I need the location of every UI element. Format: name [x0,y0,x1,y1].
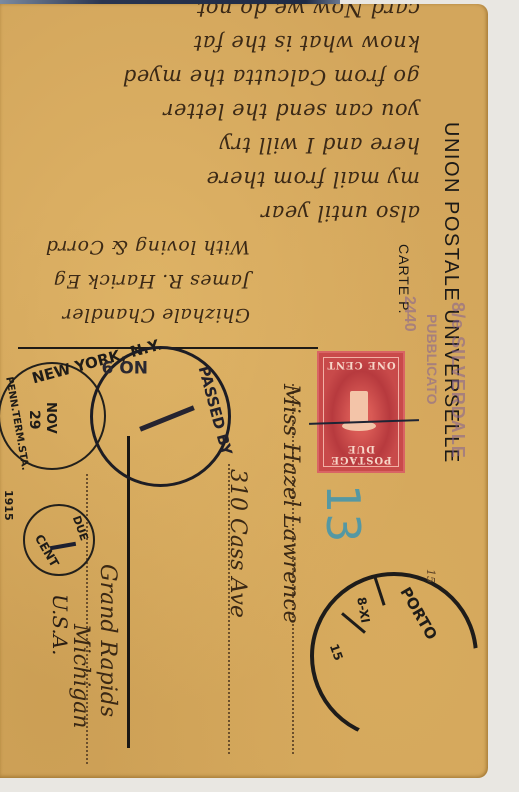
message-line: my mail from there [20,162,420,196]
message-line: card Now we do not [20,4,420,26]
passed-by-date: NO 9 [102,356,148,376]
signature-line: With loving & Corrd [20,230,420,264]
postmark-day: 29 [26,410,42,429]
handwritten-message: Ghizhale Chandler James R. Harick Eg Wit… [20,12,420,332]
address-city: Grand Rapids [95,564,120,717]
message-line: also until year [20,196,420,230]
postage-due-stamp: ONE CENT POSTAGE DUE [317,351,405,473]
blue-crayon-mark: 13 [316,484,370,543]
edge-note: 15 [424,569,437,583]
postcard: Ghizhale Chandler James R. Harick Eg Wit… [0,4,488,778]
message-line: know what is the fat [20,26,420,60]
signature-line: Ghizhale Chandler [20,298,420,332]
message-line: you can send the letter [20,94,420,128]
purple-handstamp: 8/e SILVERDALE [447,302,468,459]
purple-handstamp: PUBBLICATO [424,314,440,404]
stamp-top-text: ONE CENT [317,359,405,370]
stamp-bottom-text: POSTAGE DUE [317,443,405,465]
address-name: Miss Hazel Lawrence [278,384,303,624]
signature-line: James R. Harick Eg [20,264,420,298]
purple-handstamp: 2440 [400,296,418,332]
message-line: here and I will try [20,128,420,162]
address-street: 310 Cass Ave [225,469,250,618]
postmark-year: 1915 [2,490,15,521]
address-country: U.S.A. [48,594,72,656]
postmark-month: NOV [43,402,58,434]
message-line: go from Calcutta the myed [20,60,420,94]
divider-vertical [127,436,130,748]
